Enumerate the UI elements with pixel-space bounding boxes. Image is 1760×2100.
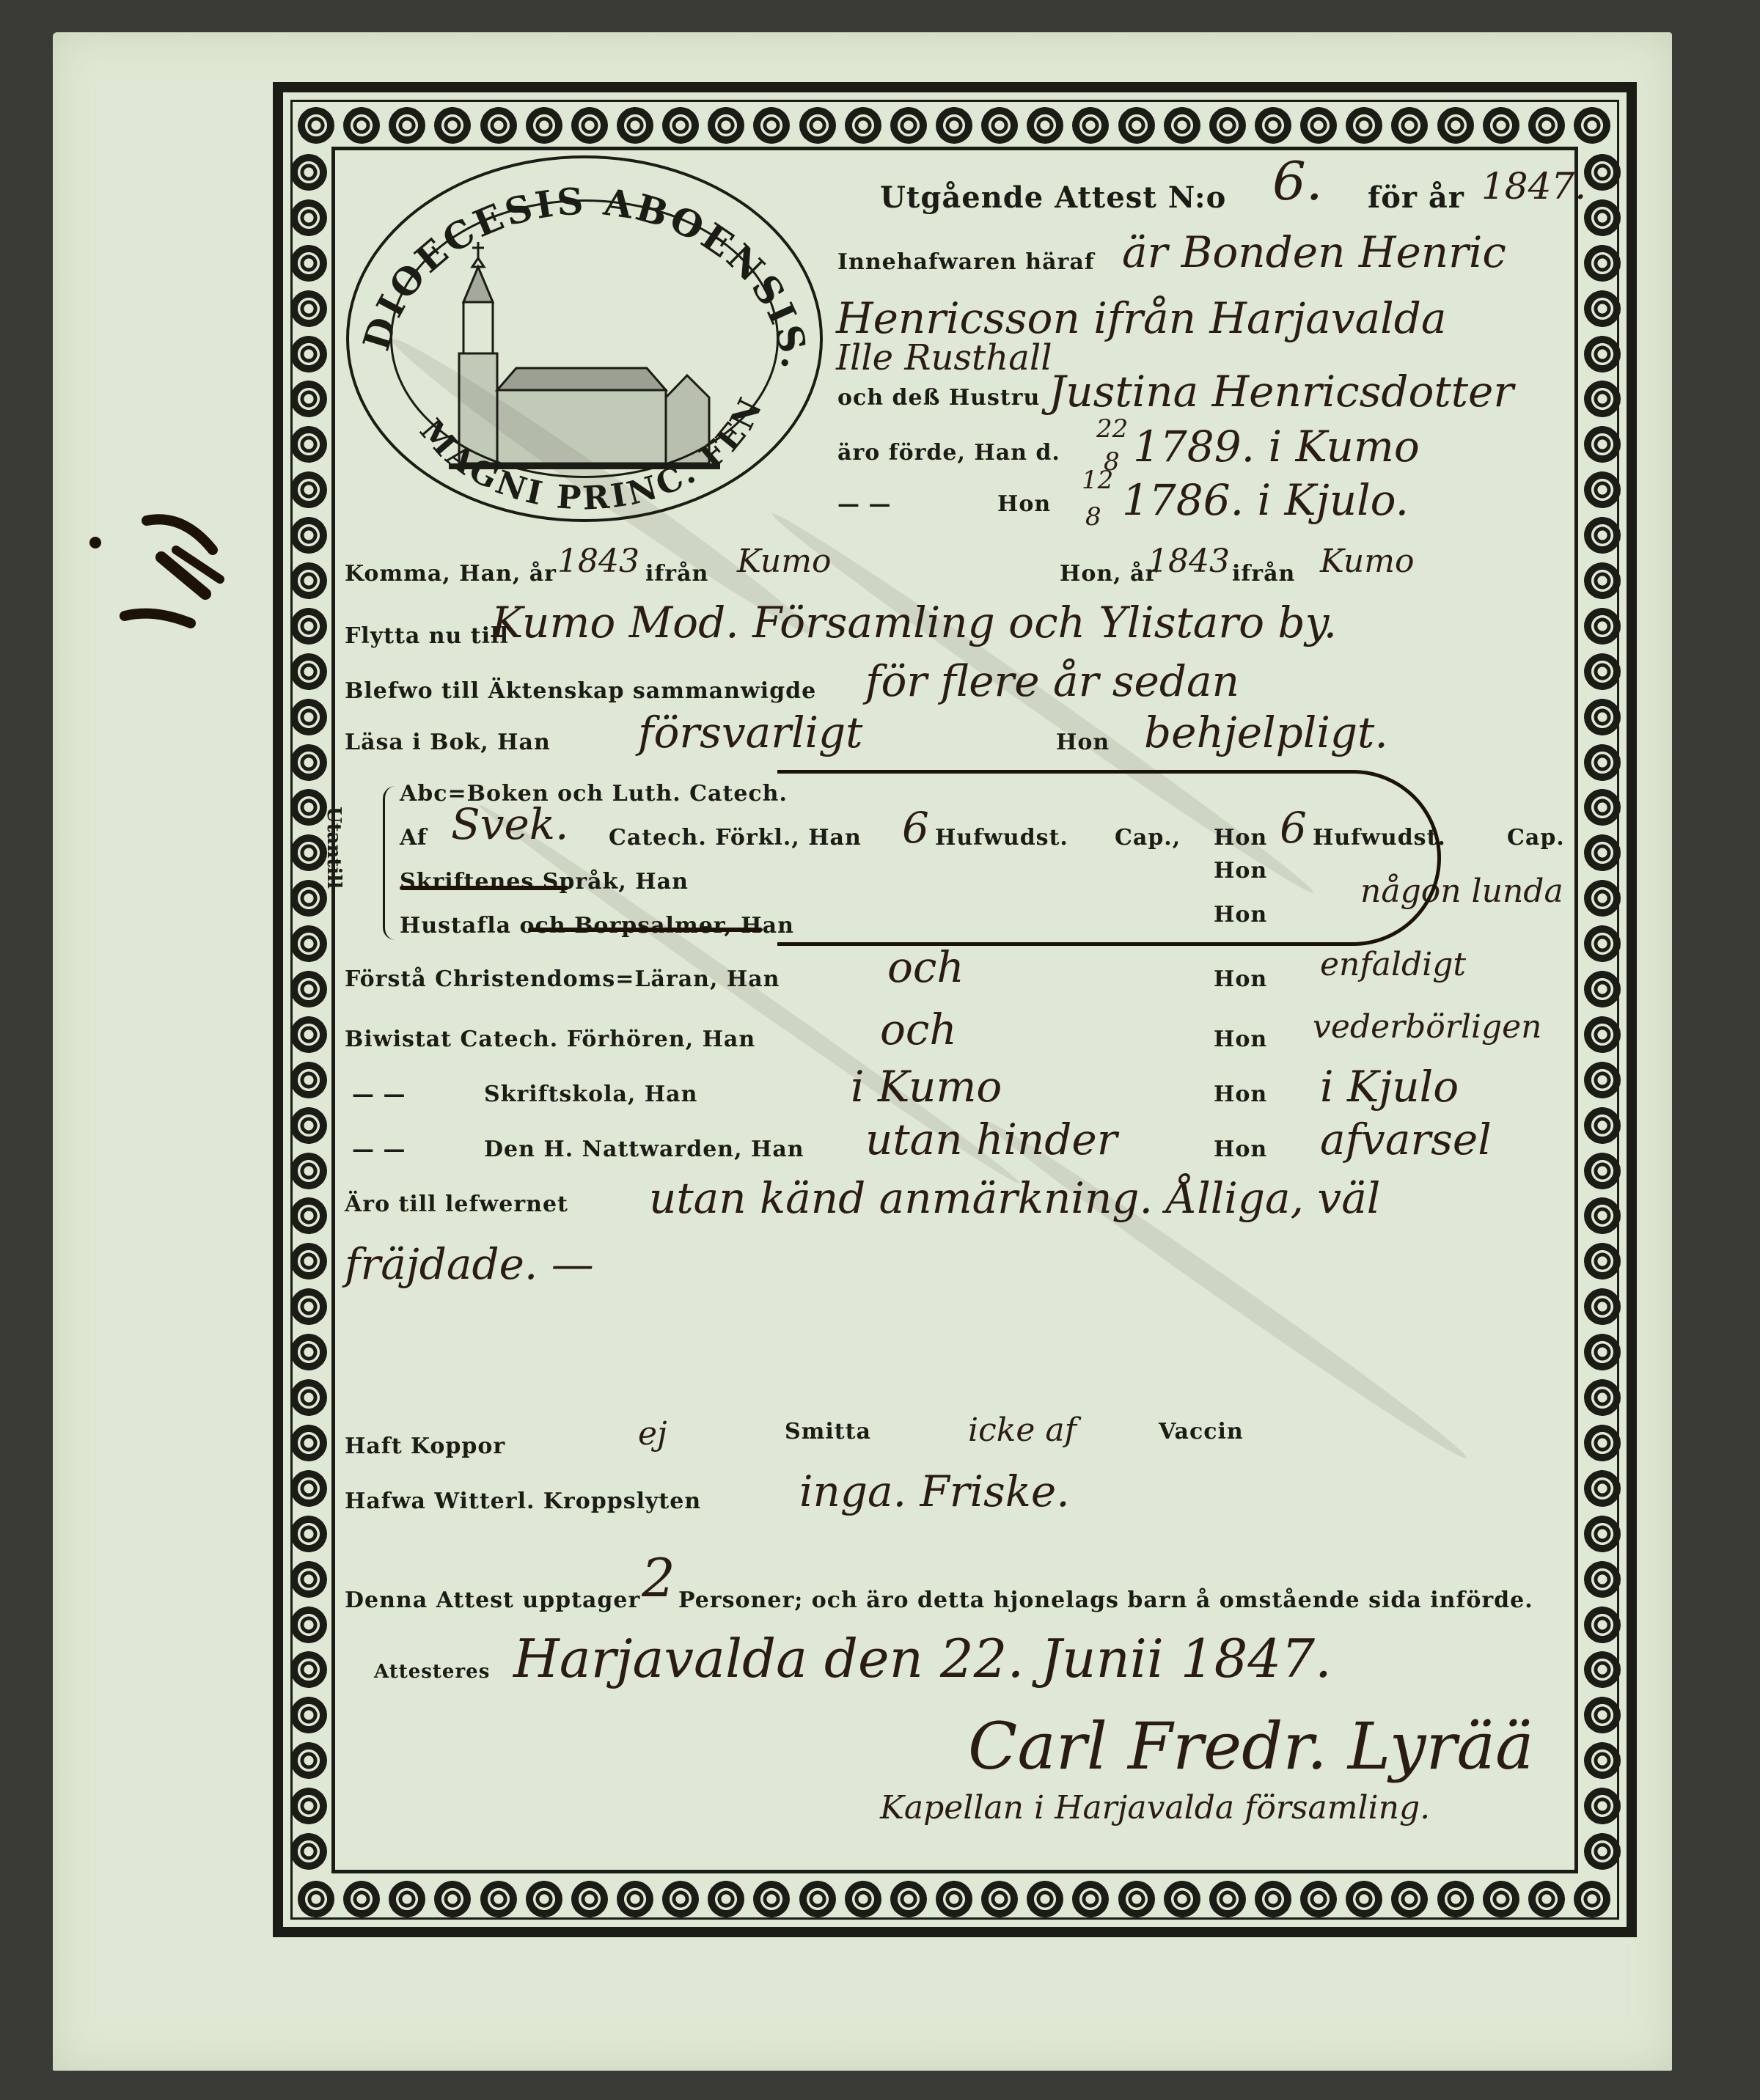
rosette-border-bottom (298, 1881, 1610, 1917)
came-him-year: 1843 (557, 543, 639, 580)
born-her-dash: — — (837, 491, 891, 517)
wife-value: Justina Henricsdotter (1049, 367, 1514, 416)
confession-him-value: i Kumo (851, 1062, 1002, 1112)
born-her-day: 12 (1082, 466, 1113, 495)
catechism-prefix: Af (400, 825, 428, 851)
reading-label: Läsa i Bok, Han (345, 730, 551, 755)
catechism-her-cap: Cap. (1507, 825, 1565, 851)
life-value-1: utan känd anmärkning. Ålliga, väl (649, 1173, 1380, 1223)
smallpox-value: ej (638, 1415, 667, 1453)
born-him-label: äro förde, Han d. (837, 440, 1060, 466)
wife-label: och deß Hustru (837, 385, 1040, 411)
title-prefix: Utgående Attest N:o (880, 180, 1226, 215)
understand-him-value: och (887, 942, 964, 992)
rosette-border-left (290, 154, 327, 1870)
hustafla-strikethrough (528, 928, 763, 932)
hustafla-label: Hustafla och Borpsalmer, Han (400, 913, 794, 939)
attended-her-value: vederbörligen (1313, 1008, 1542, 1046)
confession-her-label: Hon (1214, 1082, 1267, 1107)
born-him-day: 22 (1096, 414, 1128, 444)
attended-her-label: Hon (1214, 1027, 1267, 1052)
inoculation-value: inga. Friske. (799, 1466, 1070, 1516)
confession-dash: — — (352, 1082, 406, 1107)
persons-suffix: Personer; och äro detta hjonelags barn å… (678, 1587, 1533, 1613)
came-him-place: Kumo (737, 543, 831, 580)
smallpox-mid-value: icke af (968, 1411, 1077, 1449)
communion-her-label: Hon (1214, 1137, 1267, 1162)
bracket-flourish (777, 770, 1441, 946)
holder-value-3: Ille Rusthall (836, 337, 1052, 378)
rosette-border-right (1584, 154, 1621, 1870)
reading-her-label: Hon (1056, 730, 1110, 755)
communion-him-value: utan hinder (865, 1115, 1117, 1164)
communion-dash: — — (352, 1137, 406, 1162)
certificate-number: 6. (1272, 150, 1323, 212)
moving-label: Flytta nu till (345, 623, 509, 649)
scripture-strikethrough (400, 886, 568, 890)
came-him-label: Komma, Han, år (345, 561, 557, 587)
smallpox-end-label: Vaccin (1159, 1419, 1244, 1444)
communion-her-value: afvarsel (1320, 1115, 1492, 1164)
holder-label: Innehafwaren häraf (837, 249, 1095, 275)
understand-her-value: enfaldigt (1320, 946, 1466, 983)
confession-her-value: i Kjulo (1320, 1062, 1459, 1112)
smallpox-label: Haft Koppor (345, 1433, 505, 1459)
born-him-value: 1789. i Kumo (1133, 422, 1420, 471)
attest-label: Attesteres (374, 1661, 490, 1683)
life-label: Äro till lefwernet (345, 1192, 568, 1217)
born-her-month: 8 (1085, 502, 1101, 532)
holder-value-2: Henricsson ifrån Harjavalda (836, 293, 1446, 343)
persons-count: 2 (642, 1547, 675, 1609)
confession-label: Skriftskola, Han (484, 1082, 697, 1107)
moving-value: Kumo Mod. Församling och Ylistaro by. (491, 598, 1337, 647)
attest-value: Harjavalda den 22. Junii 1847. (513, 1628, 1332, 1689)
came-him-from: ifrån (645, 561, 708, 587)
margin-ink-marks (44, 469, 279, 660)
came-her-from: ifrån (1232, 561, 1295, 587)
came-her-label: Hon, år (1060, 561, 1157, 587)
understand-her-label: Hon (1214, 966, 1267, 992)
signature-name: Carl Fredr. Lyrää (968, 1708, 1533, 1784)
inoculation-label: Hafwa Witterl. Kroppslyten (345, 1488, 701, 1514)
persons-label: Denna Attest upptager (345, 1587, 640, 1613)
attended-label: Biwistat Catech. Förhören, Han (345, 1027, 755, 1052)
diocese-seal: DIOECESIS ABOENSIS. MAGNI PRINC. FENL. (346, 155, 823, 522)
scripture-label: Skriftenes Språk, Han (400, 869, 689, 895)
born-her-value: 1786. i Kjulo. (1122, 475, 1409, 525)
smallpox-mid-label: Smitta (785, 1419, 871, 1444)
came-her-place: Kumo (1320, 543, 1414, 580)
married-label: Blefwo till Äktenskap sammanwigde (345, 678, 816, 704)
reading-her-value: behjelpligt. (1144, 708, 1388, 757)
certificate-year: 1847. (1481, 165, 1586, 208)
communion-label: Den H. Nattwarden, Han (484, 1137, 804, 1162)
attended-him-value: och (880, 1005, 957, 1054)
seal-lettering: DIOECESIS ABOENSIS. MAGNI PRINC. FENL. (346, 155, 823, 522)
certificate-title: Utgående Attest N:o (880, 180, 1226, 215)
married-value: för flere år sedan (865, 656, 1239, 706)
seal-text-top: DIOECESIS ABOENSIS. (354, 179, 817, 372)
catechism-value: Svek. (451, 799, 568, 849)
memorized-bracket (383, 786, 395, 940)
holder-value-1: är Bonden Henric (1122, 227, 1506, 277)
reading-him-value: försvarligt (638, 708, 862, 757)
rosette-border-top (298, 107, 1610, 144)
memorized-group-label: Utantill (323, 807, 345, 889)
life-value-2: fräjdade. — (345, 1239, 594, 1289)
signature-title: Kapellan i Harjavalda församling. (880, 1789, 1430, 1827)
year-prefix: för år (1368, 180, 1464, 215)
born-her-label: Hon (997, 491, 1051, 517)
cathedral-icon (449, 242, 720, 466)
came-her-year: 1843 (1148, 543, 1230, 580)
svg-text:DIOECESIS ABOENSIS.: DIOECESIS ABOENSIS. (354, 179, 817, 372)
understand-label: Förstå Christendoms=Läran, Han (345, 966, 780, 992)
